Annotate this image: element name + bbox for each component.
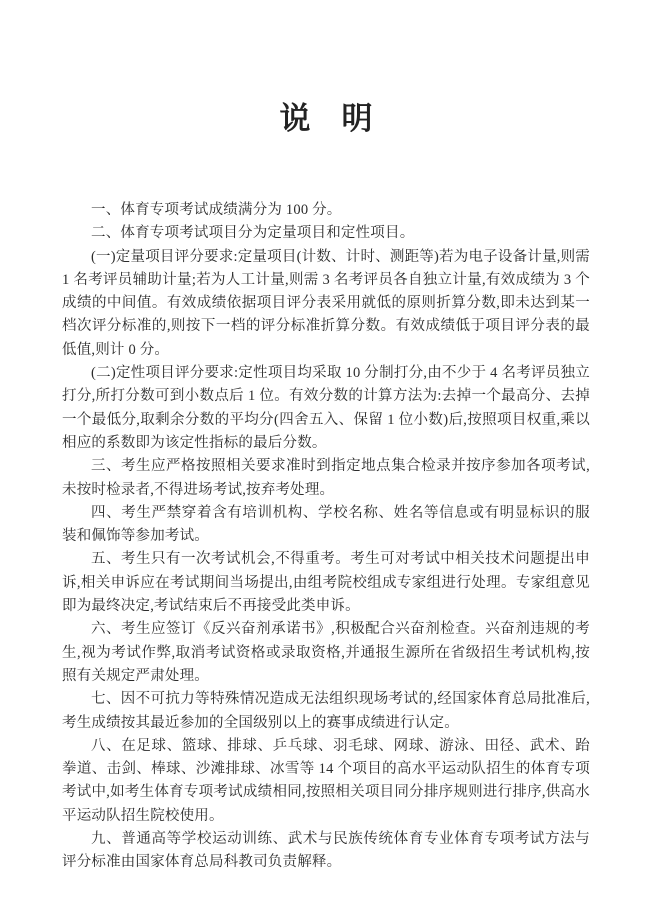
paragraph-9: 七、因不可抗力等特殊情况造成无法组织现场考试的,经国家体育总局批准后,考生成绩按…: [62, 688, 590, 735]
document-body: 一、体育专项考试成绩满分为 100 分。 二、体育专项考试项目分为定量项目和定性…: [62, 199, 590, 875]
paragraph-11: 九、普通高等学校运动训练、武术与民族传统体育专业体育专项考试方法与评分标准由国家…: [62, 828, 590, 875]
paragraph-10: 八、在足球、篮球、排球、乒乓球、羽毛球、网球、游泳、田径、武术、跆拳道、击剑、棒…: [62, 735, 590, 828]
paragraph-8: 六、考生应签订《反兴奋剂承诺书》,积极配合兴奋剂检查。兴奋剂违规的考生,视为考试…: [62, 618, 590, 688]
page-title: 说 明: [62, 0, 590, 142]
paragraph-6: 四、考生严禁穿着含有培训机构、学校名称、姓名等信息或有明显标识的服装和佩饰等参加…: [62, 502, 590, 549]
paragraph-2: 二、体育专项考试项目分为定量项目和定性项目。: [62, 222, 590, 245]
paragraph-4: (二)定性项目评分要求:定性项目均采取 10 分制打分,由不少于 4 名考评员独…: [62, 362, 590, 455]
paragraph-3: (一)定量项目评分要求:定量项目(计数、计时、测距等)若为电子设备计量,则需 1…: [62, 246, 590, 362]
paragraph-7: 五、考生只有一次考试机会,不得重考。考生可对考试中相关技术问题提出申诉,相关申诉…: [62, 548, 590, 618]
paragraph-5: 三、考生应严格按照相关要求准时到指定地点集合检录并按序参加各项考试,未按时检录者…: [62, 455, 590, 502]
paragraph-1: 一、体育专项考试成绩满分为 100 分。: [62, 199, 590, 222]
document-page: 说 明 一、体育专项考试成绩满分为 100 分。 二、体育专项考试项目分为定量项…: [0, 0, 650, 913]
